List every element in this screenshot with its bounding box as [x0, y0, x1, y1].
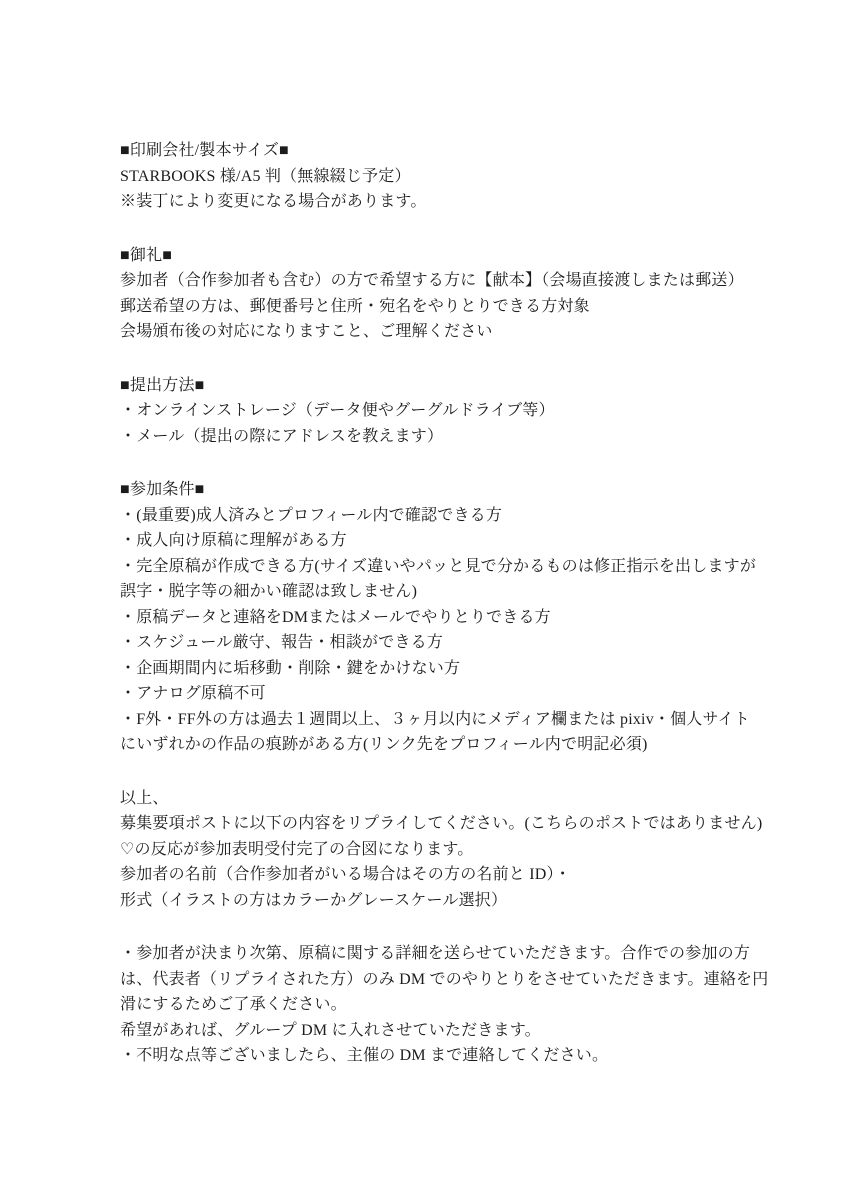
text-line: ・完全原稿が作成できる方(サイズ違いやパッと見で分かるものは修正指示を出しますが: [120, 554, 760, 580]
text-line: 希望があれば、グループ DM に入れさせていただきます。: [120, 1018, 760, 1044]
text-line: ・成人向け原稿に理解がある方: [120, 528, 760, 554]
text-line: にいずれかの作品の痕跡がある方(リンク先をプロフィール内で明記必須): [120, 732, 760, 758]
text-line: 誤字・脱字等の細かい確認は致しません): [120, 579, 760, 605]
text-line: 以上、: [120, 786, 760, 812]
text-line: 郵送希望の方は、郵便番号と住所・宛名をやりとりできる方対象: [120, 294, 760, 320]
text-line: 滑にするためご了承ください。: [120, 992, 760, 1018]
text-line: ♡の反応が参加表明受付完了の合図になります。: [120, 837, 760, 863]
text-line: ・企画期間内に垢移動・削除・鍵をかけない方: [120, 656, 760, 682]
notes-section: ・参加者が決まり次第、原稿に関する詳細を送らせていただきます。合作での参加の方は…: [120, 941, 760, 1069]
submission-method-section: ■提出方法■・オンラインストレージ（データ便やグーグルドライブ等）・メール（提出…: [120, 373, 760, 450]
text-line: STARBOOKS 様/A5 判（無線綴じ予定）: [120, 164, 760, 190]
text-line: ・オンラインストレージ（データ便やグーグルドライブ等）: [120, 398, 760, 424]
text-line: ・原稿データと連絡をDMまたはメールでやりとりできる方: [120, 605, 760, 631]
text-line: ・F外・FF外の方は過去１週間以上、３ヶ月以内にメディア欄または pixiv・個…: [120, 707, 760, 733]
text-line: ・スケジュール厳守、報告・相談ができる方: [120, 630, 760, 656]
text-line: 形式（イラストの方はカラーかグレースケール選択）: [120, 888, 760, 914]
text-line: ・参加者が決まり次第、原稿に関する詳細を送らせていただきます。合作での参加の方: [120, 941, 760, 967]
section-heading: ■印刷会社/製本サイズ■: [120, 138, 760, 164]
text-line: ・メール（提出の際にアドレスを教えます）: [120, 424, 760, 450]
document-page: ■印刷会社/製本サイズ■STARBOOKS 様/A5 判（無線綴じ予定）※装丁に…: [0, 0, 848, 1199]
text-line: ・(最重要)成人済みとプロフィール内で確認できる方: [120, 503, 760, 529]
section-heading: ■参加条件■: [120, 477, 760, 503]
text-line: ・不明な点等ございましたら、主催の DM まで連絡してください。: [120, 1043, 760, 1069]
entry-instructions-section: 以上、募集要項ポストに以下の内容をリプライしてください。(こちらのポストではあり…: [120, 786, 760, 914]
text-line: ・アナログ原稿不可: [120, 681, 760, 707]
section-heading: ■提出方法■: [120, 373, 760, 399]
text-line: ※装丁により変更になる場合があります。: [120, 189, 760, 215]
print-binding-section: ■印刷会社/製本サイズ■STARBOOKS 様/A5 判（無線綴じ予定）※装丁に…: [120, 138, 760, 215]
text-line: は、代表者（リプライされた方）のみ DM でのやりとりをさせていただきます。連絡…: [120, 967, 760, 993]
text-line: 参加者（合作参加者も含む）の方で希望する方に【献本】（会場直接渡しまたは郵送）: [120, 268, 760, 294]
participation-conditions-section: ■参加条件■・(最重要)成人済みとプロフィール内で確認できる方・成人向け原稿に理…: [120, 477, 760, 758]
document-body: ■印刷会社/製本サイズ■STARBOOKS 様/A5 判（無線綴じ予定）※装丁に…: [120, 138, 760, 1069]
text-line: 参加者の名前（合作参加者がいる場合はその方の名前と ID）・: [120, 862, 760, 888]
section-heading: ■御礼■: [120, 243, 760, 269]
thanks-section: ■御礼■参加者（合作参加者も含む）の方で希望する方に【献本】（会場直接渡しまたは…: [120, 243, 760, 345]
text-line: 会場頒布後の対応になりますこと、ご理解ください: [120, 319, 760, 345]
text-line: 募集要項ポストに以下の内容をリプライしてください。(こちらのポストではありません…: [120, 811, 760, 837]
